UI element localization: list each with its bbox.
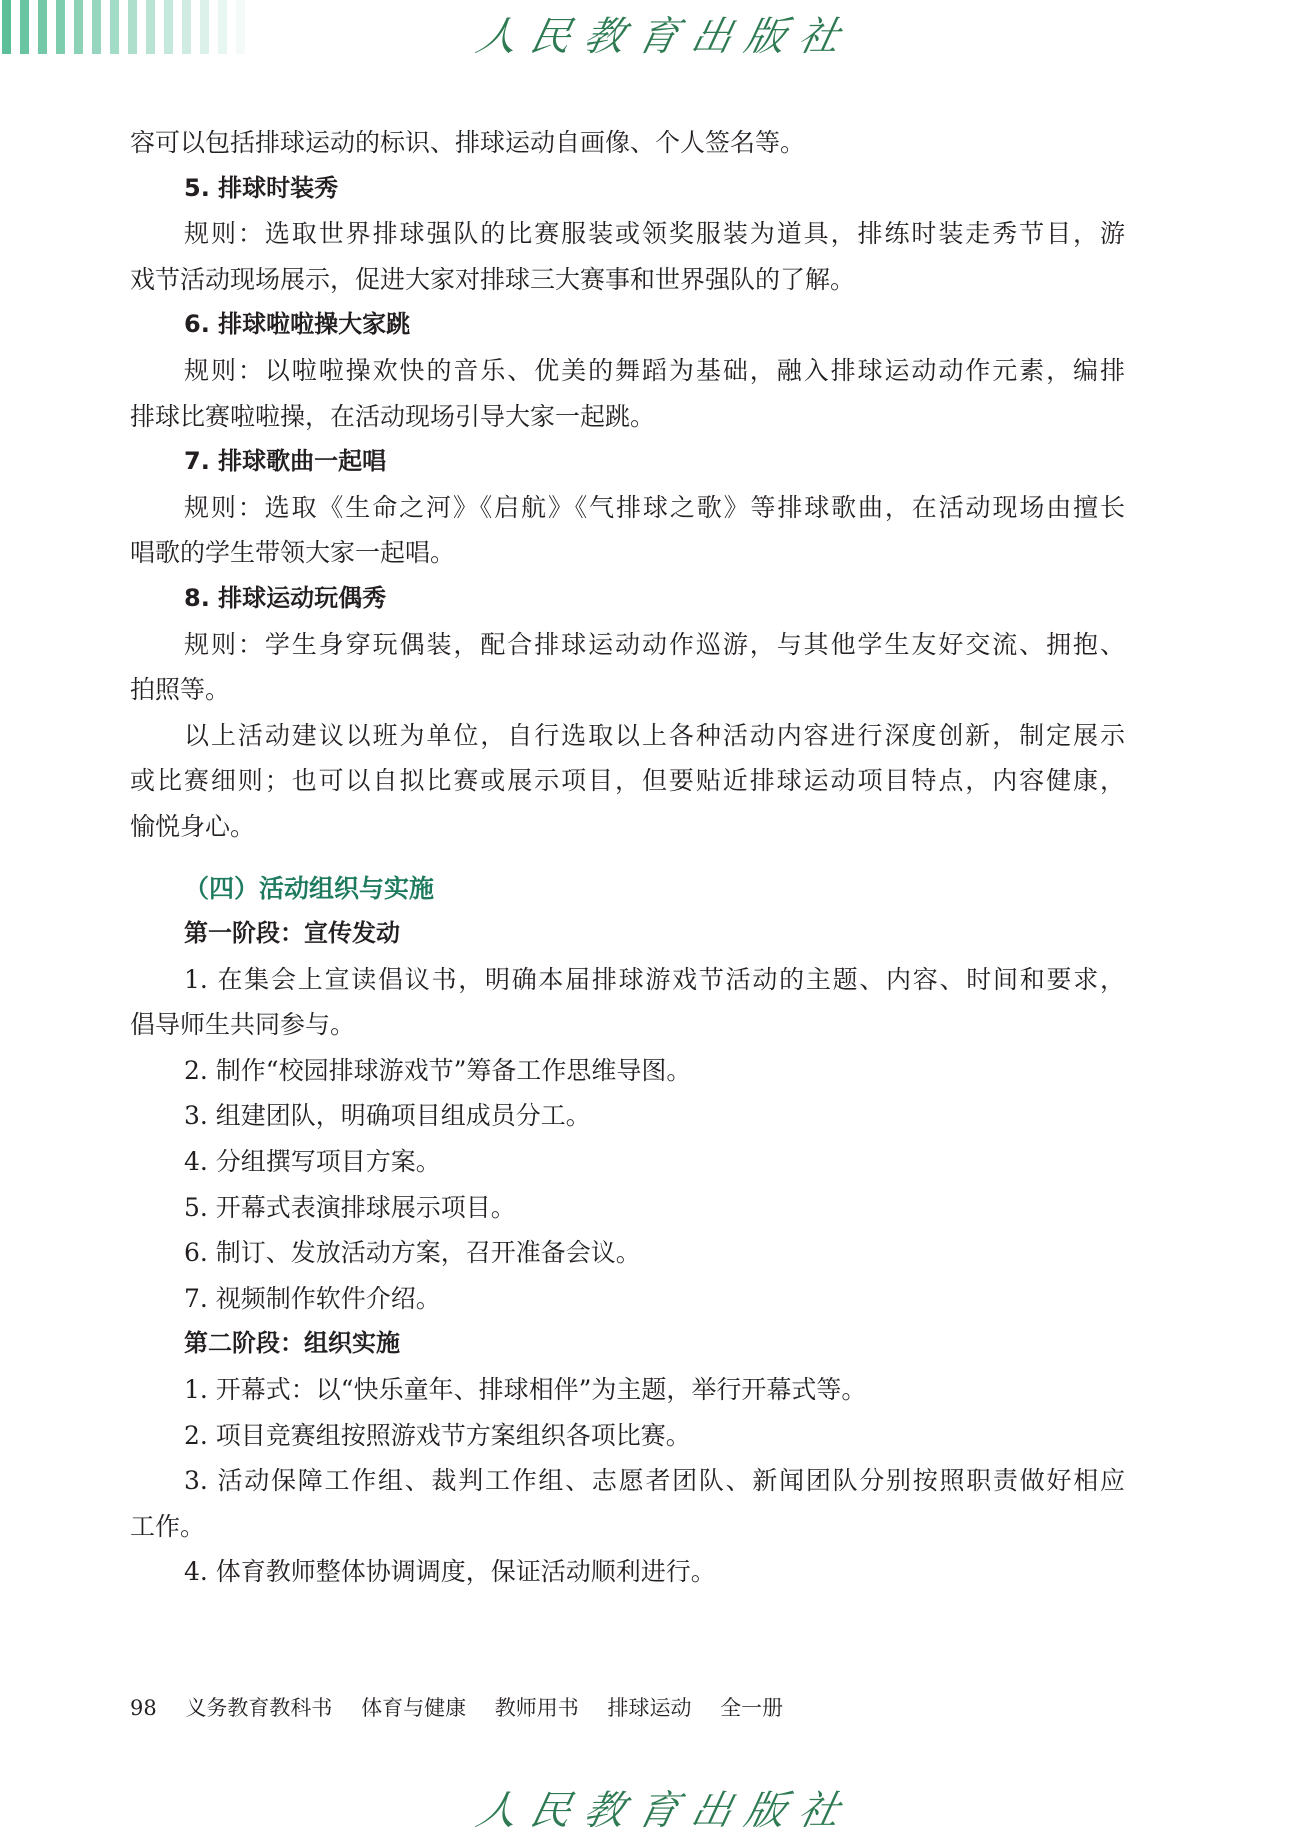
paragraph-line: 6. 制订、发放活动方案，召开准备会议。 (130, 1230, 1125, 1276)
publisher-logo-top: 人 民 教 育 出 版 社 (473, 8, 846, 58)
logo-char: 出 (687, 5, 739, 62)
item-heading: 8. 排球运动玩偶秀 (130, 576, 1125, 622)
header-stripe (236, 0, 245, 54)
header-stripe (164, 0, 173, 54)
page-body: 容可以包括排球运动的标识、排球运动自画像、个人签名等。5. 排球时装秀规则：选取… (130, 120, 1125, 1595)
section-heading: （四）活动组织与实施 (130, 866, 1125, 912)
paragraph-line: 以上活动建议以班为单位，自行选取以上各种活动内容进行深度创新，制定展示 (130, 713, 1125, 759)
paragraph-line: 戏节活动现场展示，促进大家对排球三大赛事和世界强队的了解。 (130, 257, 1125, 303)
item-heading: 5. 排球时装秀 (130, 166, 1125, 212)
item-heading: 第一阶段：宣传发动 (130, 911, 1125, 957)
item-heading: 7. 排球歌曲一起唱 (130, 439, 1125, 485)
header-stripe (2, 0, 11, 54)
paragraph-line: 4. 分组撰写项目方案。 (130, 1139, 1125, 1185)
header-stripe (128, 0, 137, 54)
paragraph-line: 拍照等。 (130, 667, 1125, 713)
header-stripe (200, 0, 209, 54)
logo-char: 教 (579, 5, 631, 62)
paragraph-line: 工作。 (130, 1504, 1125, 1550)
logo-char: 育 (633, 5, 685, 62)
publisher-logo-bottom: 人 民 教 育 出 版 社 (473, 1782, 846, 1832)
footer-part: 全一册 (720, 1696, 783, 1720)
paragraph-line: 1. 开幕式：以“快乐童年、排球相伴”为主题，举行开幕式等。 (130, 1367, 1125, 1413)
logo-char: 教 (579, 1779, 631, 1836)
footer-part: 体育与健康 (361, 1696, 466, 1720)
header-stripe (218, 0, 227, 54)
logo-char: 民 (526, 5, 578, 62)
paragraph-line: 2. 项目竞赛组按照游戏节方案组织各项比赛。 (130, 1413, 1125, 1459)
header-stripe (74, 0, 83, 54)
footer-part: 教师用书 (495, 1696, 579, 1720)
header-stripe (56, 0, 65, 54)
header-stripe (92, 0, 101, 54)
logo-char: 人 (472, 5, 524, 62)
paragraph-line: 唱歌的学生带领大家一起唱。 (130, 530, 1125, 576)
logo-char: 育 (633, 1779, 685, 1836)
logo-char: 版 (740, 5, 792, 62)
paragraph-line: 或比赛细则；也可以自拟比赛或展示项目，但要贴近排球运动项目特点，内容健康， (130, 758, 1125, 804)
paragraph-line: 3. 活动保障工作组、裁判工作组、志愿者团队、新闻团队分别按照职责做好相应 (130, 1458, 1125, 1504)
header-stripe (38, 0, 47, 54)
paragraph-line: 3. 组建团队，明确项目组成员分工。 (130, 1093, 1125, 1139)
logo-char: 民 (526, 1779, 578, 1836)
logo-char: 人 (472, 1779, 524, 1836)
item-heading: 第二阶段：组织实施 (130, 1321, 1125, 1367)
paragraph-line: 7. 视频制作软件介绍。 (130, 1276, 1125, 1322)
logo-char: 社 (794, 5, 846, 62)
header-stripe (110, 0, 119, 54)
header-stripes (2, 0, 245, 54)
footer-part: 排球运动 (607, 1696, 691, 1720)
header-stripe (146, 0, 155, 54)
paragraph-line: 愉悦身心。 (130, 804, 1125, 850)
header-stripe (182, 0, 191, 54)
paragraph-line: 规则：选取《生命之河》《启航》《气排球之歌》等排球歌曲，在活动现场由擅长 (130, 485, 1125, 531)
header-stripe (20, 0, 29, 54)
item-heading: 6. 排球啦啦操大家跳 (130, 302, 1125, 348)
paragraph-line: 规则：选取世界排球强队的比赛服装或领奖服装为道具，排练时装走秀节目，游 (130, 211, 1125, 257)
paragraph-line: 规则：以啦啦操欢快的音乐、优美的舞蹈为基础，融入排球运动动作元素，编排 (130, 348, 1125, 394)
paragraph-line: 容可以包括排球运动的标识、排球运动自画像、个人签名等。 (130, 120, 1125, 166)
logo-char: 版 (740, 1779, 792, 1836)
paragraph-line: 2. 制作“校园排球游戏节”筹备工作思维导图。 (130, 1048, 1125, 1094)
page-number: 98 (130, 1696, 157, 1720)
logo-char: 社 (794, 1779, 846, 1836)
page-footer: 98 义务教育教科书 体育与健康 教师用书 排球运动 全一册 (130, 1692, 805, 1722)
footer-part: 义务教育教科书 (185, 1696, 332, 1720)
paragraph-line: 4. 体育教师整体协调调度，保证活动顺利进行。 (130, 1549, 1125, 1595)
paragraph-line: 规则：学生身穿玩偶装，配合排球运动动作巡游，与其他学生友好交流、拥抱、 (130, 622, 1125, 668)
logo-char: 出 (687, 1779, 739, 1836)
paragraph-line: 倡导师生共同参与。 (130, 1002, 1125, 1048)
paragraph-line: 1. 在集会上宣读倡议书，明确本届排球游戏节活动的主题、内容、时间和要求， (130, 957, 1125, 1003)
paragraph-line: 5. 开幕式表演排球展示项目。 (130, 1185, 1125, 1231)
paragraph-line: 排球比赛啦啦操，在活动现场引导大家一起跳。 (130, 394, 1125, 440)
